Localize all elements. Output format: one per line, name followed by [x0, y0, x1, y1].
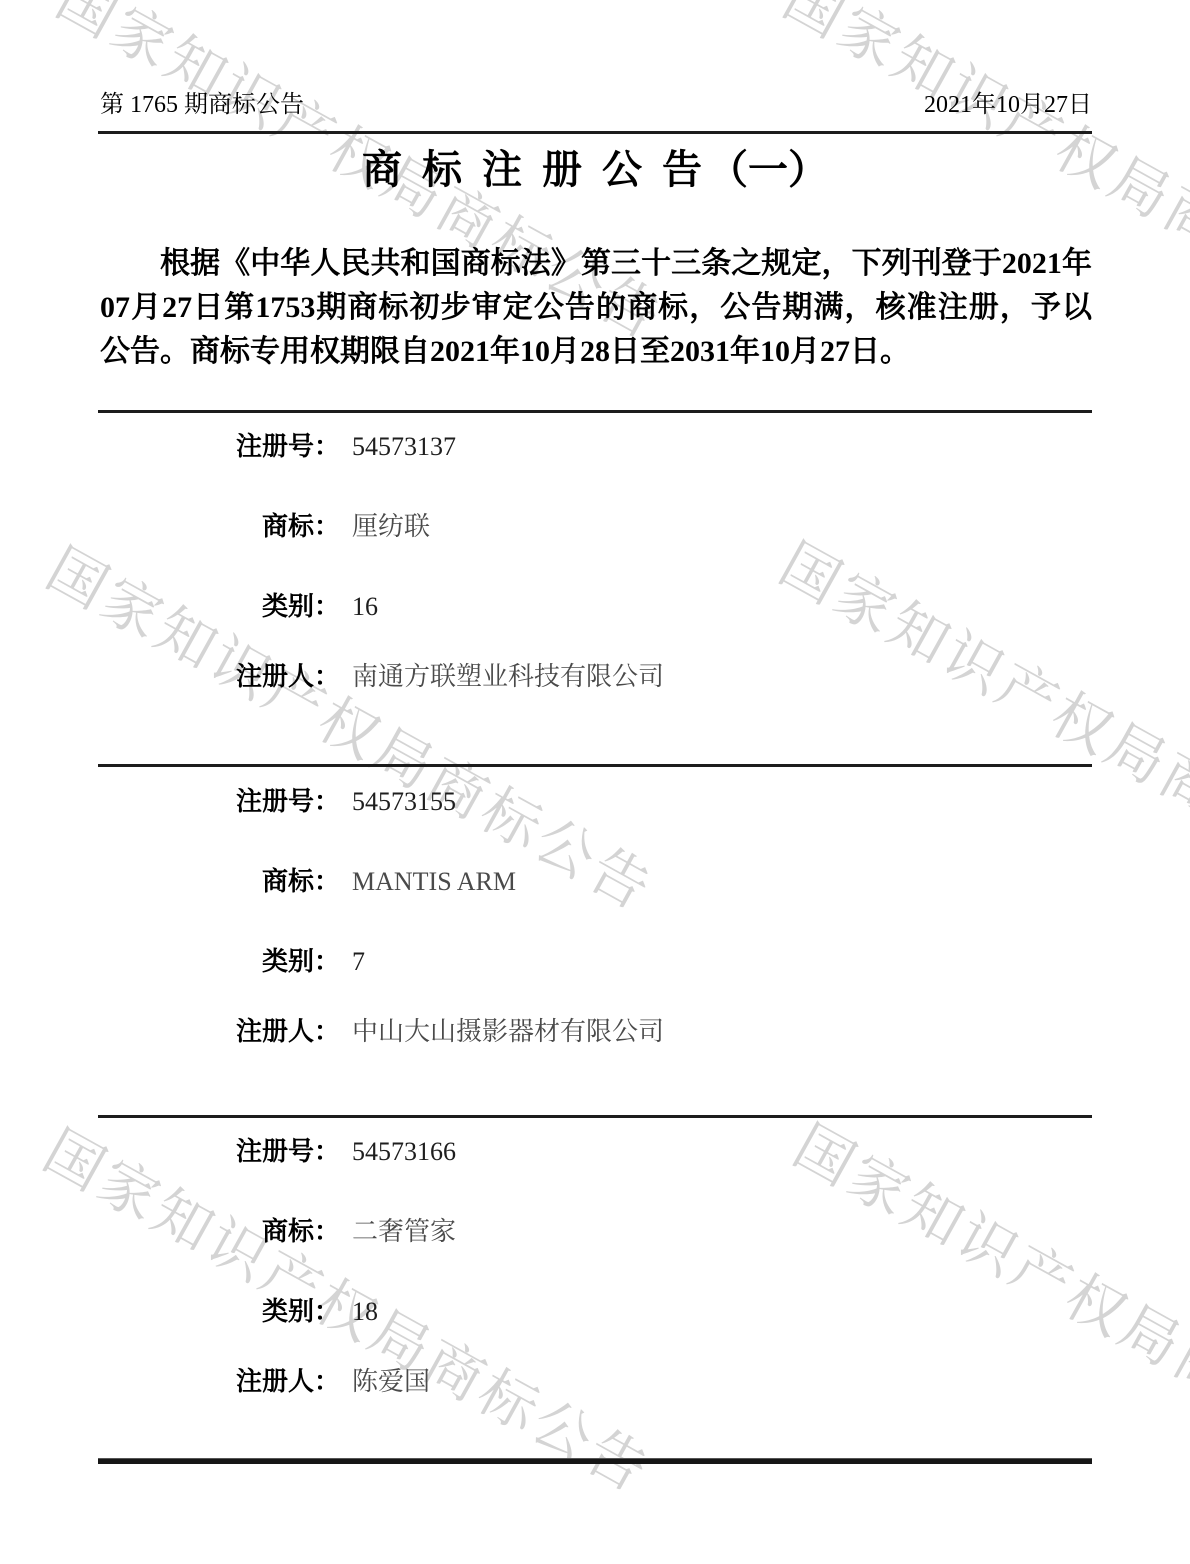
bottom-rule [98, 1458, 1092, 1464]
intro-paragraph: 根据《中华人民共和国商标法》第三十三条之规定，下列刊登于2021年 07月27日… [100, 242, 1092, 374]
intro-line: 根据《中华人民共和国商标法》第三十三条之规定，下列刊登于2021年 [100, 242, 1092, 286]
field-value-owner: 南通方联塑业科技有限公司 [352, 660, 664, 694]
field-row: 注册人： 中山大山摄影器材有限公司 [100, 1015, 1092, 1051]
field-row: 注册人： 陈爱国 [100, 1365, 1092, 1401]
field-value-class: 16 [352, 590, 378, 624]
field-value-mark: 二奢管家 [352, 1215, 456, 1249]
field-value-owner: 陈爱国 [352, 1365, 430, 1399]
document-page: 国家知识产权局商标公告 国家知识产权局商标公告 国家知识产权局商标公告 国家知识… [0, 0, 1190, 1564]
field-value-class: 7 [352, 945, 365, 979]
page-title: 商标注册公告（一） [0, 144, 1190, 196]
field-label-owner: 注册人： [100, 1365, 340, 1399]
field-label-mark: 商标： [100, 1215, 340, 1249]
field-label-owner: 注册人： [100, 660, 340, 694]
field-value-reg-no: 54573137 [352, 430, 456, 464]
field-value-owner: 中山大山摄影器材有限公司 [352, 1015, 664, 1049]
field-label-mark: 商标： [100, 510, 340, 544]
trademark-entry: 注册号： 54573155 商标： MANTIS ARM 类别： 7 注册人： … [100, 785, 1092, 1075]
field-row: 商标： 二奢管家 [100, 1215, 1092, 1251]
field-row: 注册号： 54573155 [100, 785, 1092, 821]
trademark-entry: 注册号： 54573166 商标： 二奢管家 类别： 18 注册人： 陈爱国 [100, 1135, 1092, 1425]
field-label-reg-no: 注册号： [100, 1135, 340, 1169]
intro-line: 公告。商标专用权期限自2021年10月28日至2031年10月27日。 [100, 330, 1092, 374]
gazette-date-label: 2021年10月27日 [924, 90, 1092, 120]
intro-line: 07月27日第1753期商标初步审定公告的商标，公告期满，核准注册，予以 [100, 286, 1092, 330]
field-label-class: 类别： [100, 1295, 340, 1329]
field-label-class: 类别： [100, 945, 340, 979]
field-value-reg-no: 54573166 [352, 1135, 456, 1169]
field-label-owner: 注册人： [100, 1015, 340, 1049]
field-value-class: 18 [352, 1295, 378, 1329]
field-row: 类别： 7 [100, 945, 1092, 981]
field-label-reg-no: 注册号： [100, 430, 340, 464]
page-title-part: （一） [708, 147, 828, 192]
content-layer: 第 1765 期商标公告 2021年10月27日 商标注册公告（一） 根据《中华… [0, 0, 1190, 1564]
field-value-mark: MANTIS ARM [352, 865, 516, 899]
field-value-mark: 厘纺联 [352, 510, 430, 544]
gazette-issue-label: 第 1765 期商标公告 [100, 90, 304, 120]
section-rule [98, 1115, 1092, 1118]
field-row: 类别： 16 [100, 590, 1092, 626]
field-label-mark: 商标： [100, 865, 340, 899]
field-row: 类别： 18 [100, 1295, 1092, 1331]
page-title-main: 商标注册公告 [362, 147, 722, 192]
header-rule [98, 131, 1092, 134]
field-row: 注册号： 54573166 [100, 1135, 1092, 1171]
section-rule [98, 410, 1092, 413]
page-header: 第 1765 期商标公告 2021年10月27日 [100, 90, 1092, 120]
field-row: 商标： MANTIS ARM [100, 865, 1092, 901]
field-value-reg-no: 54573155 [352, 785, 456, 819]
field-row: 注册号： 54573137 [100, 430, 1092, 466]
section-rule [98, 764, 1092, 767]
trademark-entry: 注册号： 54573137 商标： 厘纺联 类别： 16 注册人： 南通方联塑业… [100, 430, 1092, 720]
field-label-class: 类别： [100, 590, 340, 624]
field-label-reg-no: 注册号： [100, 785, 340, 819]
field-row: 注册人： 南通方联塑业科技有限公司 [100, 660, 1092, 696]
field-row: 商标： 厘纺联 [100, 510, 1092, 546]
